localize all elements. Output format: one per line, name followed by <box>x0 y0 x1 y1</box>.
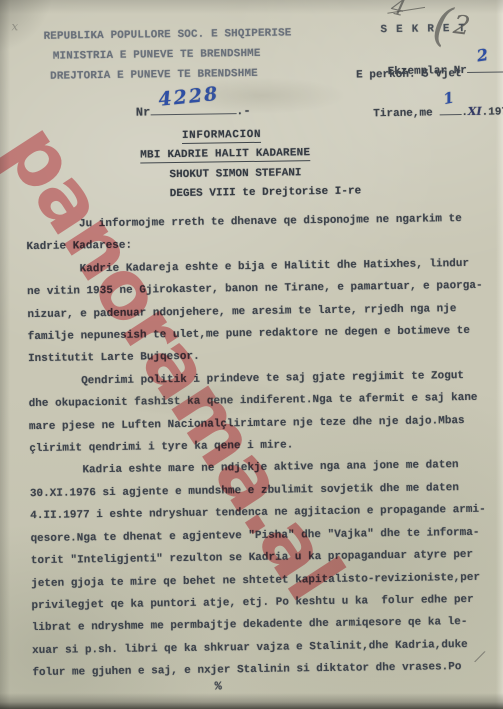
scanned-document-photo: REPUBLIKA POPULLORE SOC. E SHQIPERISEMIN… <box>0 0 503 709</box>
pencil-page-number: 2 <box>452 10 472 42</box>
document-number-line: Nr4228.- <box>92 86 251 134</box>
place-label: Tirane,me <box>373 107 433 120</box>
title-addressee: SHOKUT SIMON STEFANI <box>169 167 301 181</box>
place-date-line: Tirane,me 1.XI.1978 <box>333 88 503 133</box>
copy-underline: 2 <box>467 58 503 73</box>
number-underline: 4228 <box>150 100 236 115</box>
handwritten-day: 1 <box>441 88 455 108</box>
letterhead-line: DREJTORIA E PUNEVE TE BRENDSHME <box>44 63 292 86</box>
validity-line: E perkoh. 5 vjet <box>356 68 462 81</box>
number-label: Nr <box>136 105 151 119</box>
letterhead-left: REPUBLIKA POPULLORE SOC. E SHQIPERISEMIN… <box>43 23 292 86</box>
handwritten-month: XI <box>468 105 482 118</box>
number-suffix: .- <box>236 104 251 118</box>
title-informacion: INFORMACION <box>182 129 261 144</box>
continuation-mark: % <box>215 679 222 693</box>
title-subject: MBI KADRIE HALIT KADARENE <box>140 147 310 163</box>
handwritten-copy-number: 2 <box>475 45 489 65</box>
document-sheet: REPUBLIKA POPULLORE SOC. E SHQIPERISEMIN… <box>0 0 503 709</box>
date-year: .1978 <box>482 106 503 118</box>
body-text: Ju informojme rreth te dhenave qe dispon… <box>26 208 488 685</box>
title-branch: DEGES VIII te Drejtorise I-re <box>170 185 362 200</box>
pencil-top-left-mark: x <box>11 19 18 33</box>
handwritten-number: 4228 <box>157 83 220 111</box>
day-underline: 1 <box>439 101 461 115</box>
